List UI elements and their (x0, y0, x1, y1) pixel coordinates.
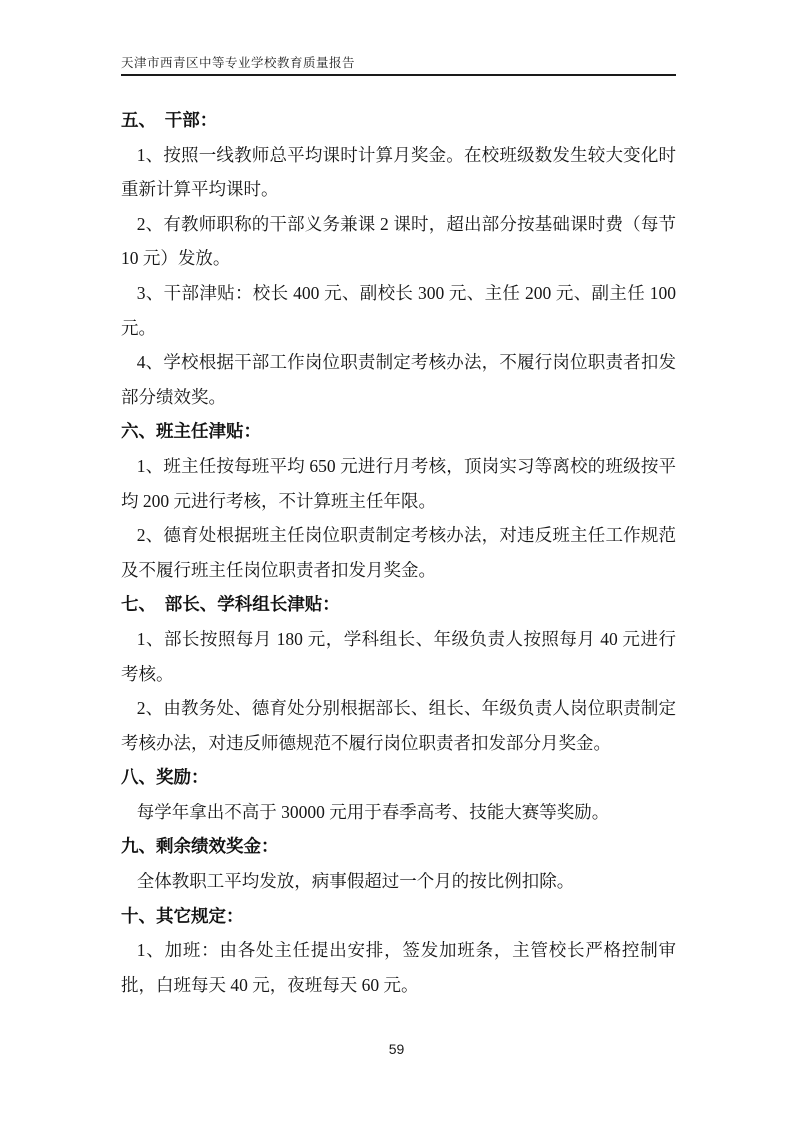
paragraph: 1、部长按照每月 180 元，学科组长、年级负责人按照每月 40 元进行考核。 (121, 622, 676, 691)
section-heading: 五、 干部： (121, 103, 676, 138)
paragraph: 1、班主任按每班平均 650 元进行月考核，顶岗实习等离校的班级按平均 200 … (121, 449, 676, 518)
paragraph: 每学年拿出不高于 30000 元用于春季高考、技能大赛等奖励。 (121, 795, 676, 830)
section-8-rewards: 八、奖励： 每学年拿出不高于 30000 元用于春季高考、技能大赛等奖励。 (121, 760, 676, 829)
section-heading: 十、其它规定： (121, 899, 676, 934)
paragraph: 4、学校根据干部工作岗位职责制定考核办法，不履行岗位职责者扣发部分绩效奖。 (121, 345, 676, 414)
section-heading: 八、奖励： (121, 760, 676, 795)
paragraph: 1、按照一线教师总平均课时计算月奖金。在校班级数发生较大变化时重新计算平均课时。 (121, 138, 676, 207)
section-10-other-rules: 十、其它规定： 1、加班：由各处主任提出安排，签发加班条，主管校长严格控制审批，… (121, 899, 676, 1003)
section-heading: 九、剩余绩效奖金： (121, 829, 676, 864)
paragraph: 2、由教务处、德育处分别根据部长、组长、年级负责人岗位职责制定考核办法，对违反师… (121, 691, 676, 760)
page-footer: 59 (0, 1041, 793, 1059)
document-page: 天津市西青区中等专业学校教育质量报告 五、 干部： 1、按照一线教师总平均课时计… (0, 0, 793, 1122)
paragraph: 1、加班：由各处主任提出安排，签发加班条，主管校长严格控制审批，白班每天 40 … (121, 933, 676, 1002)
paragraph: 2、德育处根据班主任岗位职责制定考核办法，对违反班主任工作规范及不履行班主任岗位… (121, 518, 676, 587)
header-rule (121, 74, 676, 76)
section-9-remaining-performance-bonus: 九、剩余绩效奖金： 全体教职工平均发放，病事假超过一个月的按比例扣除。 (121, 829, 676, 898)
paragraph: 2、有教师职称的干部义务兼课 2 课时，超出部分按基础课时费（每节 10 元）发… (121, 207, 676, 276)
section-7-department-head-allowance: 七、 部长、学科组长津贴： 1、部长按照每月 180 元，学科组长、年级负责人按… (121, 587, 676, 760)
document-body: 五、 干部： 1、按照一线教师总平均课时计算月奖金。在校班级数发生较大变化时重新… (121, 103, 676, 1002)
header-title: 天津市西青区中等专业学校教育质量报告 (121, 55, 676, 71)
section-heading: 七、 部长、学科组长津贴： (121, 587, 676, 622)
paragraph: 3、干部津贴：校长 400 元、副校长 300 元、主任 200 元、副主任 1… (121, 276, 676, 345)
section-6-head-teacher-allowance: 六、班主任津贴： 1、班主任按每班平均 650 元进行月考核，顶岗实习等离校的班… (121, 414, 676, 587)
paragraph: 全体教职工平均发放，病事假超过一个月的按比例扣除。 (121, 864, 676, 899)
section-heading: 六、班主任津贴： (121, 414, 676, 449)
section-5-cadres: 五、 干部： 1、按照一线教师总平均课时计算月奖金。在校班级数发生较大变化时重新… (121, 103, 676, 414)
page-header: 天津市西青区中等专业学校教育质量报告 (121, 55, 676, 71)
page-number: 59 (389, 1041, 405, 1057)
